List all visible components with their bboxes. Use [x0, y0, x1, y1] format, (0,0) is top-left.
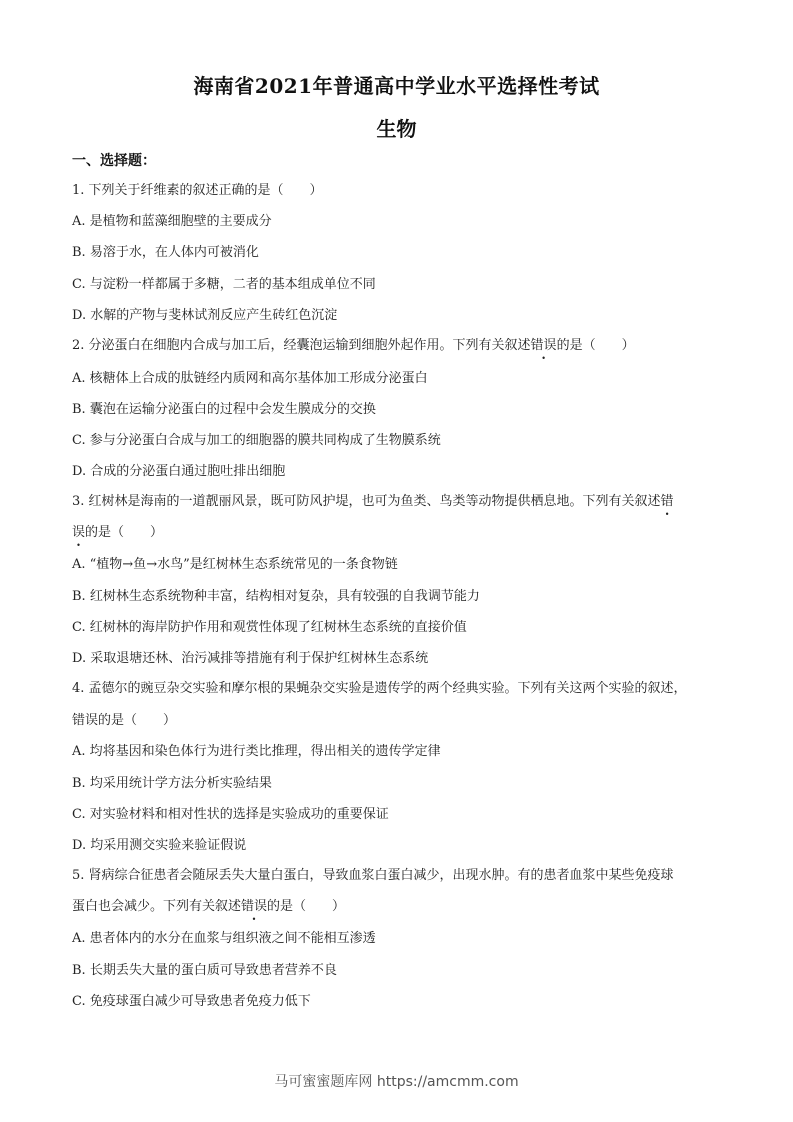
- question-2-stem-pre: 2. 分泌蛋白在细胞内合成与加工后，经囊泡运输到细胞外起作用。下列有关叙述: [72, 338, 531, 353]
- question-2-emphasis: 错误: [531, 338, 557, 353]
- question-5-stem-post: 的是（ ）: [267, 899, 345, 914]
- question-1-option-d: D. 水解的产物与斐林试剂反应产生砖红色沉淀: [72, 307, 337, 325]
- exam-title: 海南省2021年普通高中学业水平选择性考试: [0, 70, 793, 99]
- question-3-stem-post: 的是（ ）: [85, 525, 163, 540]
- question-3-option-c: C. 红树林的海岸防护作用和观赏性体现了红树林生态系统的直接价值: [72, 619, 467, 637]
- question-3-emphasis-1: 错: [661, 494, 674, 509]
- question-2-option-a: A. 核糖体上合成的肽链经内质网和高尔基体加工形成分泌蛋白: [72, 370, 428, 388]
- question-5-option-b: B. 长期丢失大量的蛋白质可导致患者营养不良: [72, 962, 337, 980]
- question-5-option-a: A. 患者体内的水分在血浆与组织液之间不能相互渗透: [72, 930, 376, 948]
- question-5-emphasis: 错误: [241, 899, 267, 914]
- question-5-option-c: C. 免疫球蛋白减少可导致患者免疫力低下: [72, 993, 311, 1011]
- footer-watermark: 马可蜜蜜题库网 https://amcmm.com: [0, 1071, 793, 1091]
- question-5-stem-line-2: 蛋白也会减少。下列有关叙述错误的是（ ）: [72, 898, 345, 916]
- question-3-option-a: A. “植物→鱼→水鸟”是红树林生态系统常见的一条食物链: [72, 556, 398, 574]
- section-heading: 一、选择题：: [72, 150, 156, 170]
- question-3-stem-pre: 3. 红树林是海南的一道靓丽风景，既可防风护堤，也可为鱼类、鸟类等动物提供栖息地…: [72, 494, 661, 509]
- question-3-emphasis-2: 误: [72, 525, 85, 540]
- question-5-stem-pre: 蛋白也会减少。下列有关叙述: [72, 899, 241, 914]
- question-1-stem: 1. 下列关于纤维素的叙述正确的是（ ）: [72, 182, 323, 200]
- question-4-option-a: A. 均将基因和染色体行为进行类比推理，得出相关的遗传学定律: [72, 743, 441, 761]
- question-1-option-c: C. 与淀粉一样都属于多糖，二者的基本组成单位不同: [72, 276, 376, 294]
- question-3-option-b: B. 红树林生态系统物种丰富，结构相对复杂，具有较强的自我调节能力: [72, 588, 480, 606]
- question-2-option-d: D. 合成的分泌蛋白通过胞吐排出细胞: [72, 463, 285, 481]
- question-3-stem-line-2: 误的是（ ）: [72, 524, 163, 542]
- question-2-option-b: B. 囊泡在运输分泌蛋白的过程中会发生膜成分的交换: [72, 401, 376, 419]
- question-3-option-d: D. 采取退塘还林、治污减排等措施有利于保护红树林生态系统: [72, 650, 428, 668]
- question-4-option-d: D. 均采用测交实验来验证假说: [72, 837, 246, 855]
- question-5-stem-line-1: 5. 肾病综合征患者会随尿丢失大量白蛋白，导致血浆白蛋白减少，出现水肿。有的患者…: [72, 867, 674, 885]
- question-4-option-b: B. 均采用统计学方法分析实验结果: [72, 775, 272, 793]
- question-2-option-c: C. 参与分泌蛋白合成与加工的细胞器的膜共同构成了生物膜系统: [72, 432, 441, 450]
- question-2-stem-post: 的是（ ）: [557, 338, 635, 353]
- question-4-stem-line-2: 错误的是（ ）: [72, 712, 176, 730]
- question-1-option-a: A. 是植物和蓝藻细胞壁的主要成分: [72, 213, 272, 231]
- question-4-option-c: C. 对实验材料和相对性状的选择是实验成功的重要保证: [72, 806, 389, 824]
- question-1-option-b: B. 易溶于水，在人体内可被消化: [72, 244, 259, 262]
- question-3-stem-line-1: 3. 红树林是海南的一道靓丽风景，既可防风护堤，也可为鱼类、鸟类等动物提供栖息地…: [72, 493, 674, 511]
- question-4-stem-line-1: 4. 孟德尔的豌豆杂交实验和摩尔根的果蝇杂交实验是遗传学的两个经典实验。下列有关…: [72, 680, 687, 698]
- exam-subject: 生物: [0, 113, 793, 142]
- question-2-stem: 2. 分泌蛋白在细胞内合成与加工后，经囊泡运输到细胞外起作用。下列有关叙述错误的…: [72, 337, 635, 355]
